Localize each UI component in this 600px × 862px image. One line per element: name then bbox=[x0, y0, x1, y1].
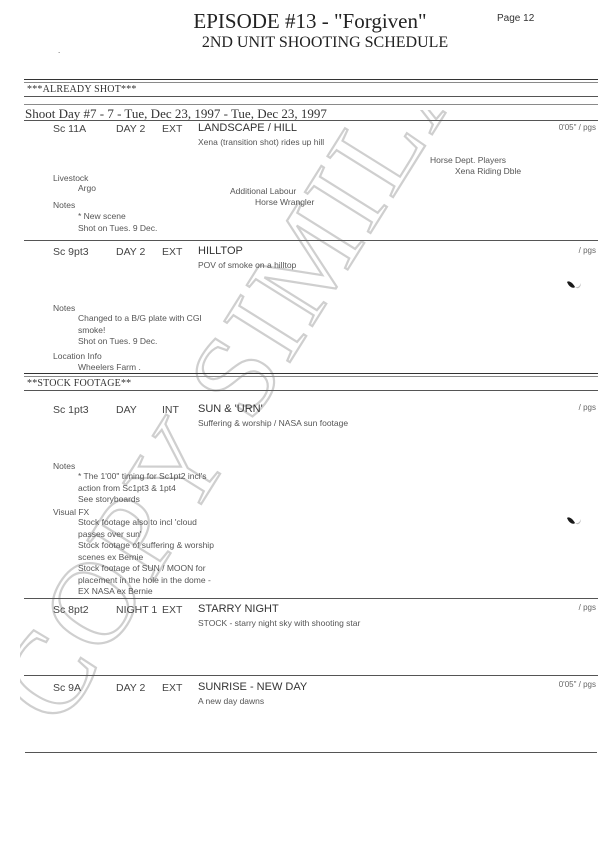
note-line: Changed to a B/G plate with CGI bbox=[78, 313, 202, 325]
vfx-line: Stock footage of SUN / MOON for bbox=[78, 563, 214, 575]
divider bbox=[25, 752, 597, 753]
scene-set: STARRY NIGHT bbox=[198, 603, 279, 615]
scene-timing: 0'05" / pgs bbox=[559, 123, 596, 132]
element-value-notes: * New scene Shot on Tues. 9 Dec. bbox=[78, 211, 157, 234]
element-label-horse-dept: Horse Dept. Players bbox=[430, 155, 506, 165]
note-line: Shot on Tues. 9 Dec. bbox=[78, 336, 202, 348]
scene-set: SUN & 'URN' bbox=[198, 403, 263, 415]
note-line: * The 1'00" timing for Sc1pt2 incl's bbox=[78, 471, 206, 483]
scene-day: NIGHT 1 bbox=[116, 604, 157, 616]
element-label-notes: Notes bbox=[53, 200, 75, 210]
divider bbox=[24, 104, 598, 105]
scene-int-ext: EXT bbox=[162, 123, 182, 135]
scene-number: Sc 1pt3 bbox=[53, 404, 89, 416]
schedule-subtitle: 2ND UNIT SHOOTING SCHEDULE bbox=[0, 34, 600, 52]
punch-hole-mark bbox=[566, 516, 582, 526]
vfx-line: EX NASA ex Bernie bbox=[78, 586, 214, 598]
scene-timing: / pgs bbox=[579, 246, 596, 255]
vfx-line: Stock footage of suffering & worship bbox=[78, 540, 214, 552]
scene-int-ext: EXT bbox=[162, 682, 182, 694]
divider bbox=[24, 675, 598, 676]
element-value-notes: Changed to a B/G plate with CGI smoke! S… bbox=[78, 313, 202, 348]
scene-description: Suffering & worship / NASA sun footage bbox=[198, 418, 348, 428]
scene-set: LANDSCAPE / HILL bbox=[198, 122, 297, 134]
schedule-page: . EPISODE #13 - "Forgiven" 2ND UNIT SHOO… bbox=[0, 0, 600, 862]
scene-int-ext: EXT bbox=[162, 246, 182, 258]
divider bbox=[24, 240, 598, 241]
page-number: Page 12 bbox=[497, 13, 534, 24]
element-value-horse-dept: Xena Riding Dble bbox=[455, 166, 521, 176]
scene-day: DAY 2 bbox=[116, 123, 145, 135]
element-value-livestock: Argo bbox=[78, 183, 96, 193]
element-label-location-info: Location Info bbox=[53, 351, 102, 361]
vfx-line: placement in the hole in the dome - bbox=[78, 575, 214, 587]
note-line: action from Sc1pt3 & 1pt4 bbox=[78, 483, 206, 495]
divider bbox=[24, 120, 598, 121]
divider bbox=[24, 79, 598, 80]
scene-day: DAY 2 bbox=[116, 246, 145, 258]
scene-description: Xena (transition shot) rides up hill bbox=[198, 137, 324, 147]
divider bbox=[24, 390, 598, 391]
scene-timing: / pgs bbox=[579, 403, 596, 412]
element-label-notes: Notes bbox=[53, 303, 75, 313]
scene-number: Sc 8pt2 bbox=[53, 604, 89, 616]
element-value-additional-labour: Horse Wrangler bbox=[255, 197, 314, 207]
element-label-additional-labour: Additional Labour bbox=[230, 186, 296, 196]
element-value-notes: * The 1'00" timing for Sc1pt2 incl's act… bbox=[78, 471, 206, 506]
scene-timing: / pgs bbox=[579, 603, 596, 612]
scene-set: SUNRISE - NEW DAY bbox=[198, 681, 307, 693]
element-value-location-info: Wheelers Farm . bbox=[78, 362, 141, 372]
scene-description: POV of smoke on a hilltop bbox=[198, 260, 296, 270]
vfx-line: passes over sun' bbox=[78, 529, 214, 541]
element-value-visual-fx: Stock footage also to incl 'cloud passes… bbox=[78, 517, 214, 598]
section-label-already-shot: ***ALREADY SHOT*** bbox=[27, 84, 137, 95]
divider bbox=[24, 598, 598, 599]
divider bbox=[24, 376, 598, 377]
punch-hole-mark bbox=[566, 280, 582, 290]
element-label-notes: Notes bbox=[53, 461, 75, 471]
section-label-stock-footage: **STOCK FOOTAGE** bbox=[27, 378, 131, 389]
scene-day: DAY bbox=[116, 404, 137, 416]
scene-timing: 0'05" / pgs bbox=[559, 680, 596, 689]
scene-set: HILLTOP bbox=[198, 245, 243, 257]
divider bbox=[24, 82, 598, 83]
note-line: Shot on Tues. 9 Dec. bbox=[78, 223, 157, 235]
element-label-livestock: Livestock bbox=[53, 173, 88, 183]
vfx-line: scenes ex Bernie bbox=[78, 552, 214, 564]
scene-description: STOCK - starry night sky with shooting s… bbox=[198, 618, 360, 628]
note-line: See storyboards bbox=[78, 494, 206, 506]
scene-day: DAY 2 bbox=[116, 682, 145, 694]
vfx-line: Stock footage also to incl 'cloud bbox=[78, 517, 214, 529]
note-line: * New scene bbox=[78, 211, 157, 223]
scene-number: Sc 9A bbox=[53, 682, 81, 694]
element-label-visual-fx: Visual FX bbox=[53, 507, 89, 517]
scene-int-ext: INT bbox=[162, 404, 179, 416]
divider bbox=[24, 96, 598, 97]
divider bbox=[24, 373, 598, 374]
scene-int-ext: EXT bbox=[162, 604, 182, 616]
note-line: smoke! bbox=[78, 325, 202, 337]
scene-number: Sc 11A bbox=[53, 123, 86, 135]
scene-description: A new day dawns bbox=[198, 696, 264, 706]
scene-number: Sc 9pt3 bbox=[53, 246, 89, 258]
